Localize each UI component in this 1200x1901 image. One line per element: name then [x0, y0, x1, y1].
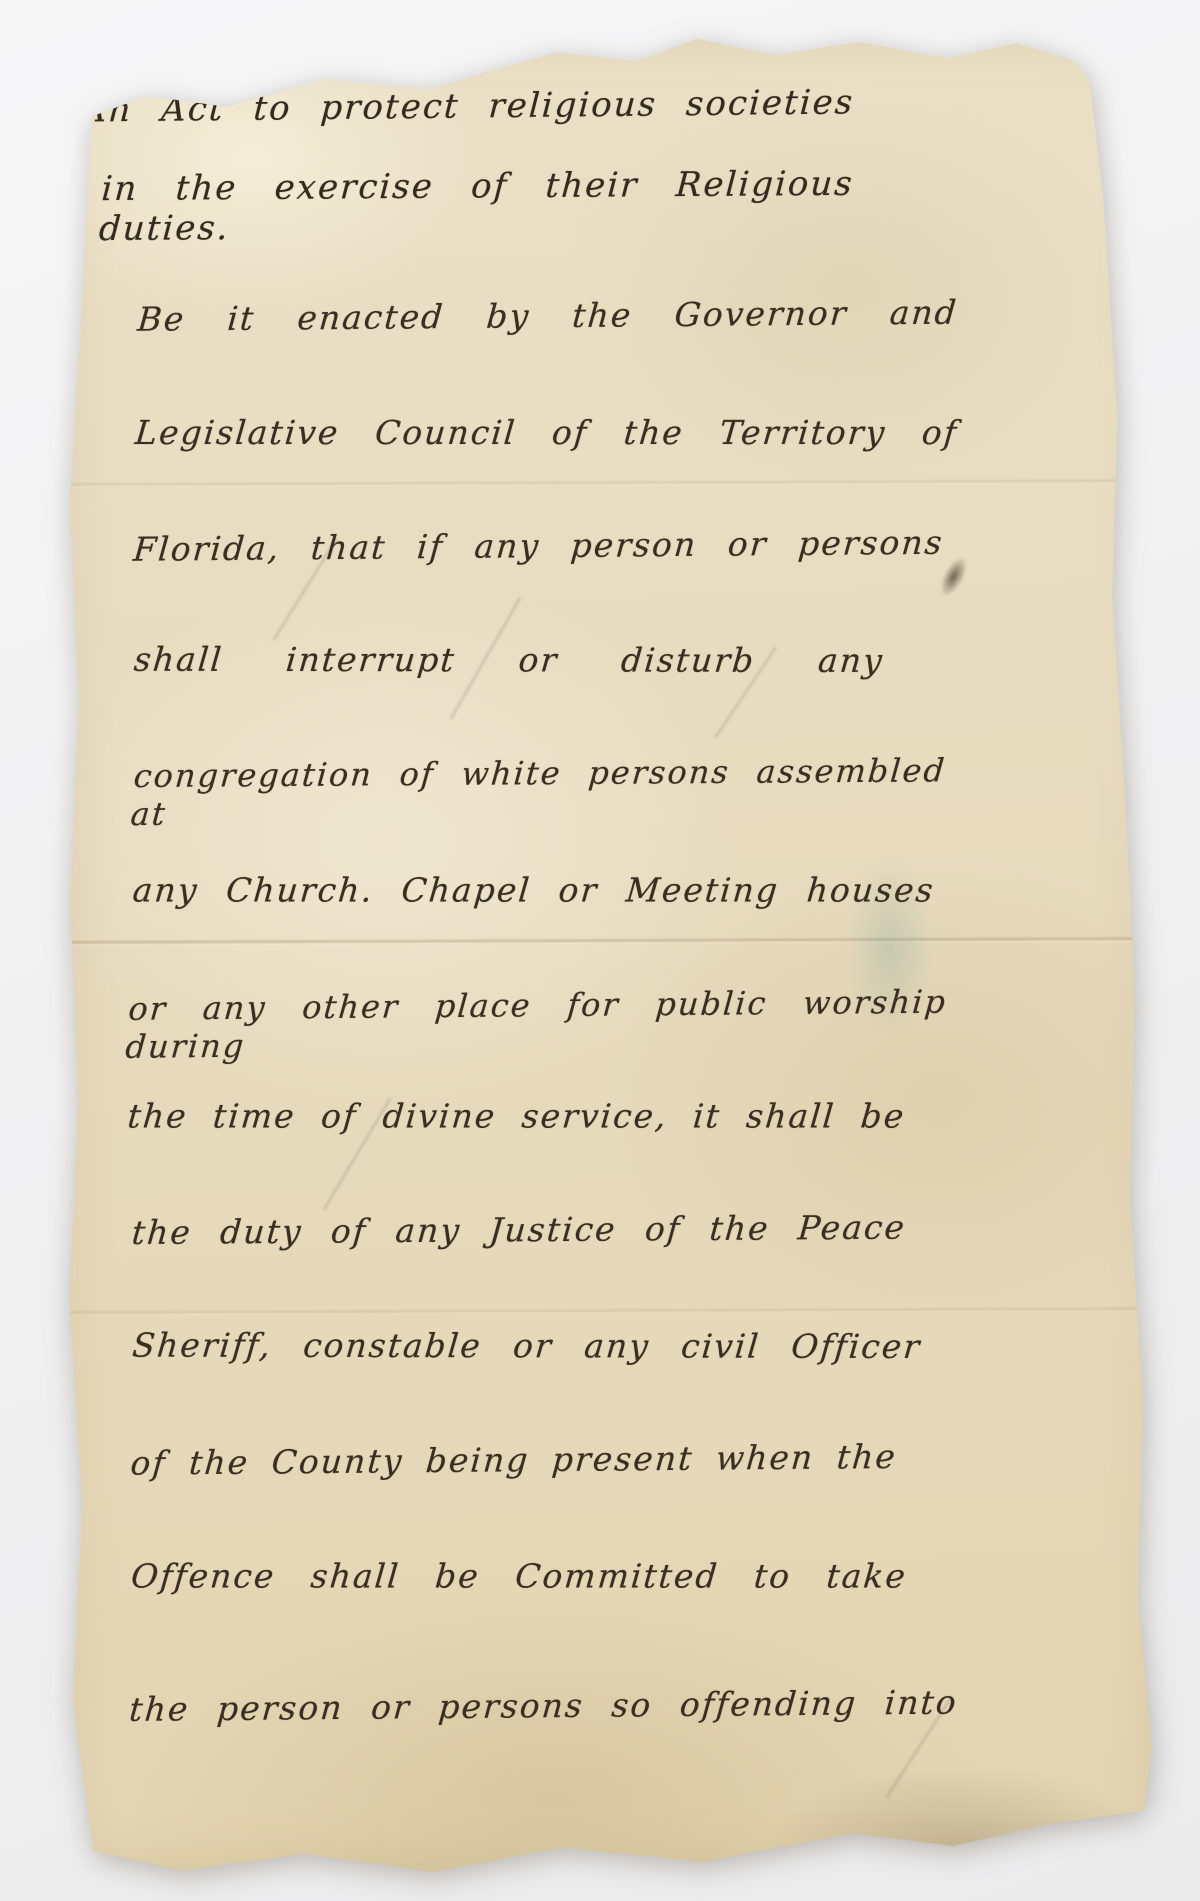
- manuscript-line: any Church. Chapel or Meeting houses: [131, 870, 936, 909]
- manuscript-line: the person or persons so offending into: [128, 1683, 959, 1729]
- fold-crease-lower: [56, 1306, 1161, 1316]
- fold-crease-top: [53, 478, 1158, 488]
- manuscript-line: in the exercise of their Religious dutie…: [98, 164, 855, 249]
- manuscript-line: the time of divine service, it shall be: [126, 1096, 907, 1135]
- manuscript-line: of the County being present when the: [129, 1437, 898, 1483]
- manuscript-line: or any other place for public worship du…: [124, 983, 948, 1066]
- fold-crease-middle: [55, 936, 1160, 946]
- manuscript-line: Offence shall be Committed to take: [130, 1556, 909, 1595]
- manuscript-line: the duty of any Justice of the Peace: [130, 1208, 907, 1252]
- manuscript-line: shall interrupt or disturb any: [132, 640, 885, 680]
- manuscript-line: An Act to protect religious societies: [81, 82, 856, 130]
- manuscript-page: An Act to protect religious societies in…: [52, 26, 1163, 1875]
- manuscript-line: Be it enacted by the Governor and: [136, 293, 959, 339]
- manuscript-line: Legislative Council of the Territory of: [134, 413, 960, 452]
- manuscript-line: Florida, that if any person or persons: [132, 523, 945, 569]
- manuscript-line: congregation of white persons assembled …: [129, 751, 947, 833]
- manuscript-page-wrap: An Act to protect religious societies in…: [55, 28, 1160, 1873]
- manuscript-line: Sheriff, constable or any civil Officer: [131, 1326, 923, 1366]
- photo-background: An Act to protect religious societies in…: [0, 0, 1200, 1901]
